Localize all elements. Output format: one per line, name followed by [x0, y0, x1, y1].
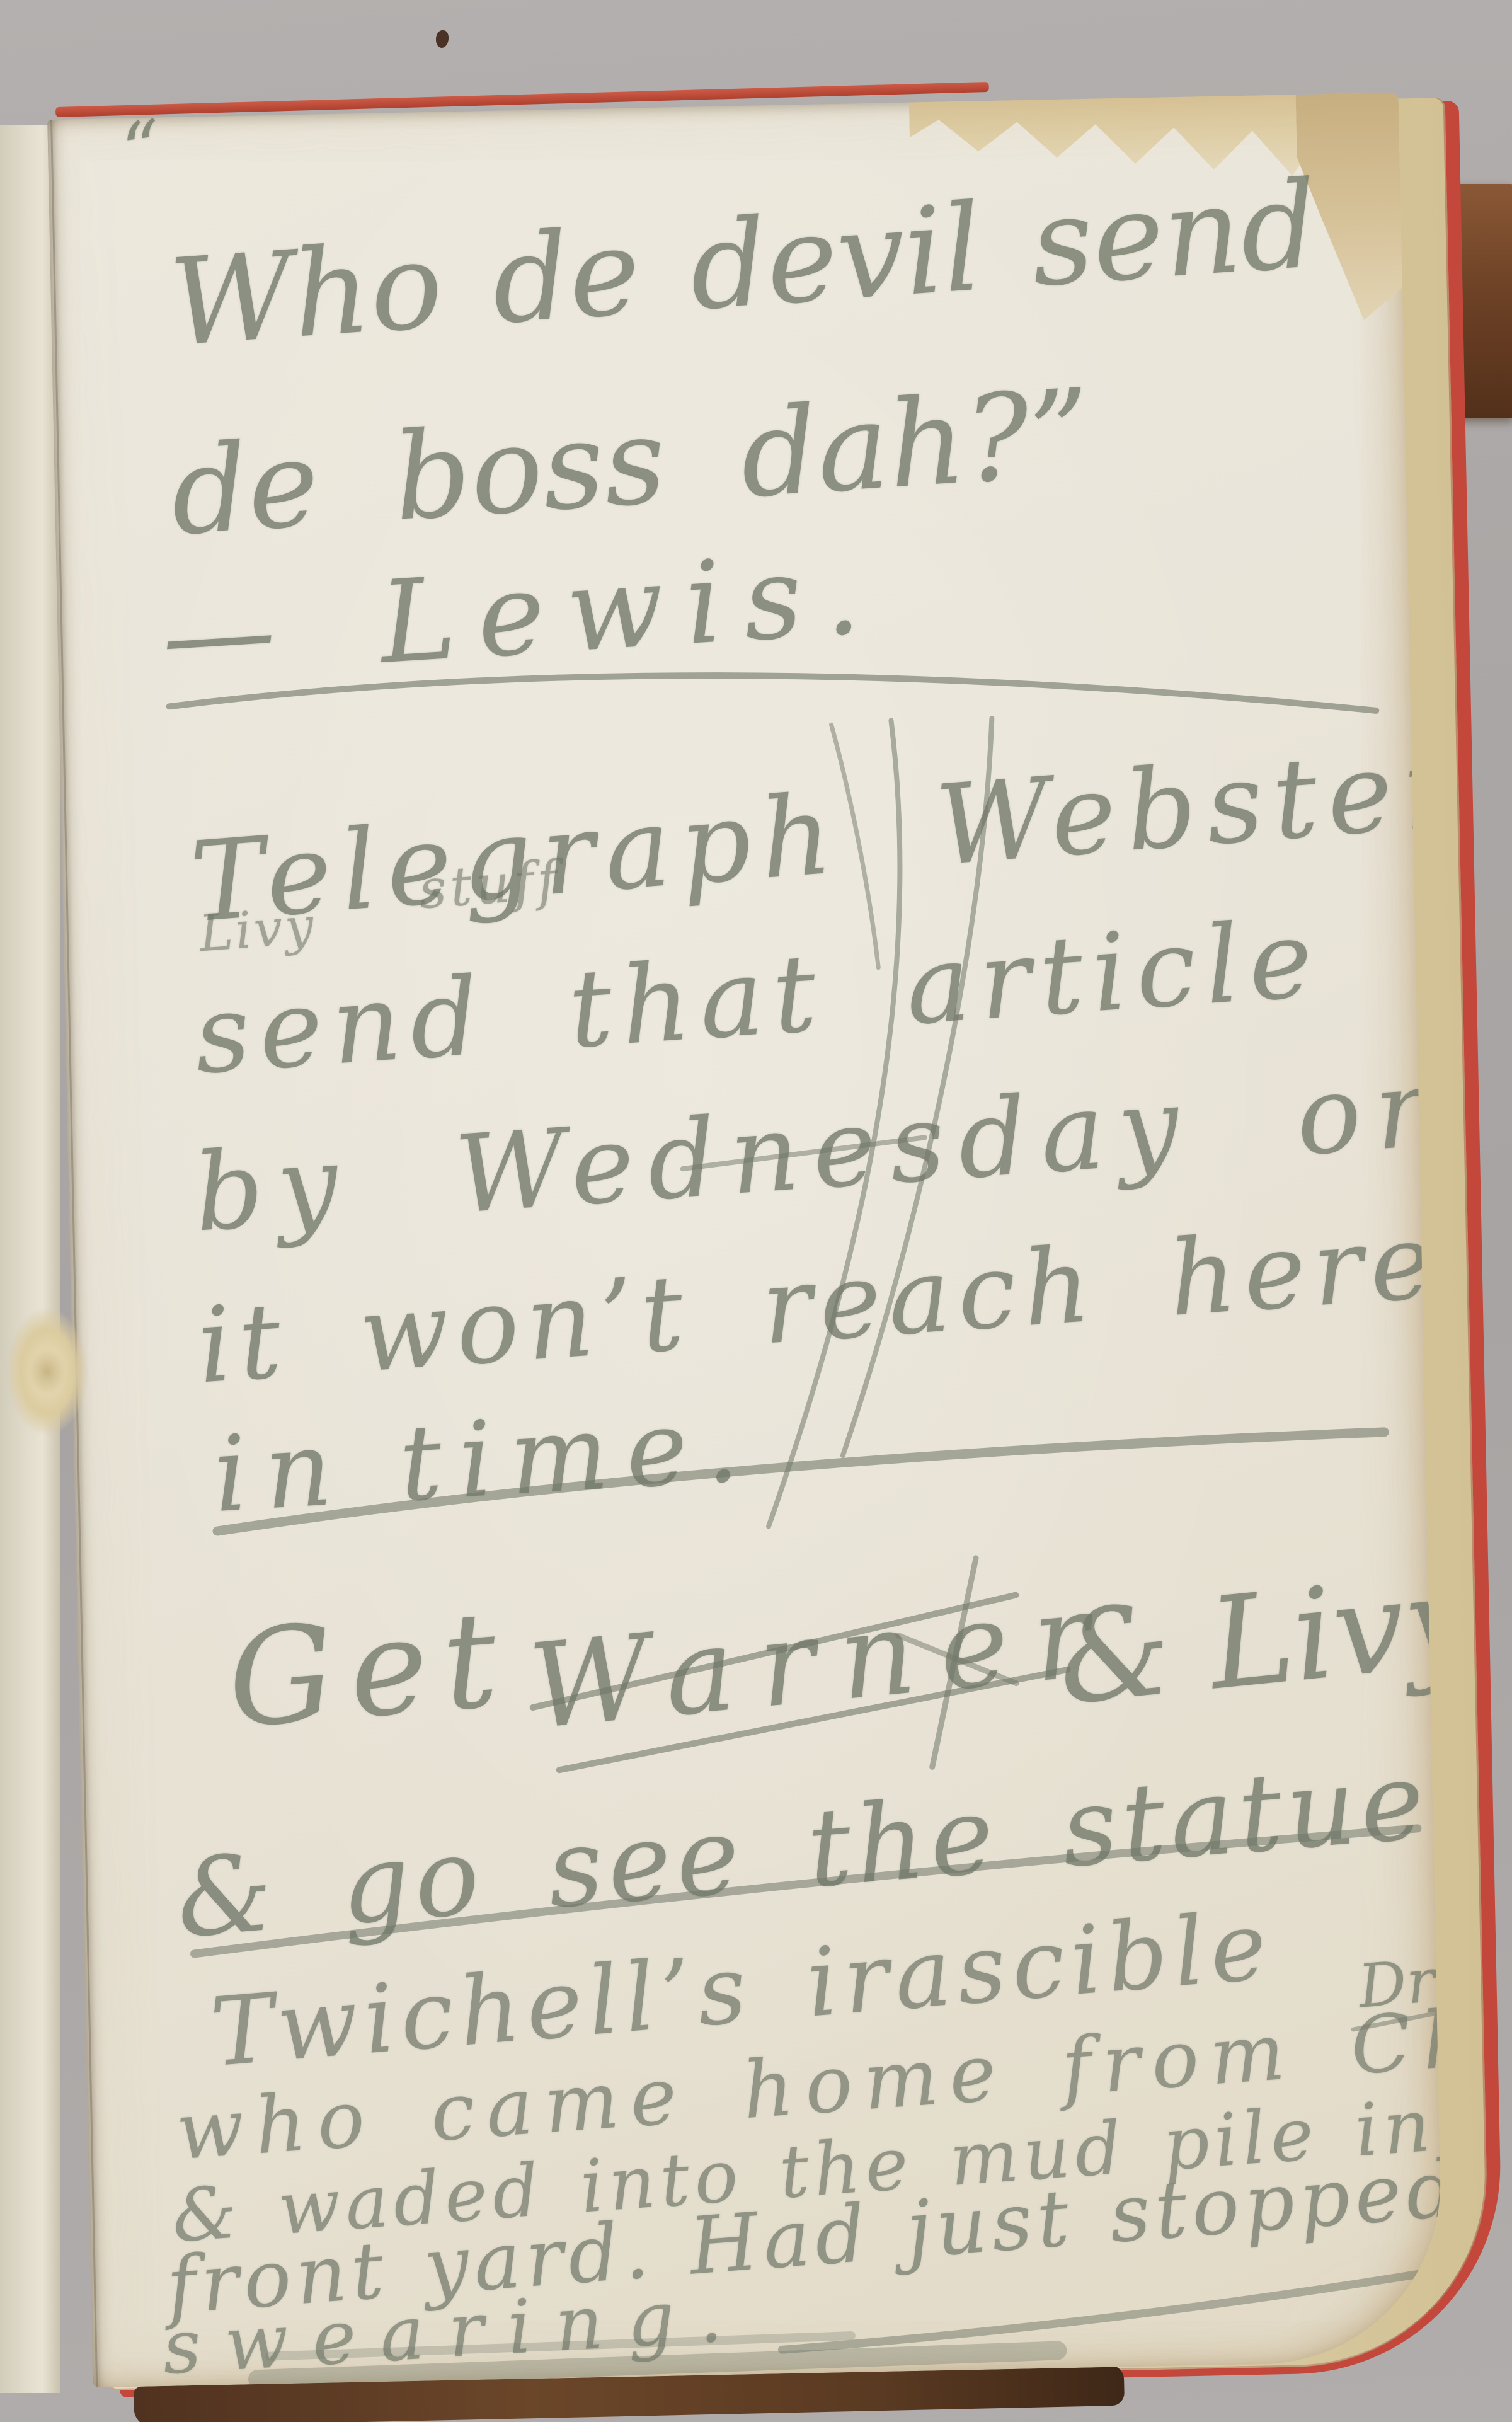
handwriting-line-9: Get: [222, 1581, 518, 1758]
interlined-word-livy: Livy: [197, 896, 318, 963]
interlined-word-stuff: stuff: [416, 849, 563, 921]
paper-speck: [436, 30, 449, 48]
scanned-notebook-photo: { "colors": { "background": "#aba7a6", "…: [0, 0, 1512, 2422]
notebook-page: “ Who de devil send de boss dah?” — Lewi…: [47, 93, 1444, 2387]
binding-thread-knot: [8, 1309, 87, 1434]
underline-just-stopped: [781, 2271, 1439, 2350]
opposite-page-gutter: [0, 125, 60, 2393]
